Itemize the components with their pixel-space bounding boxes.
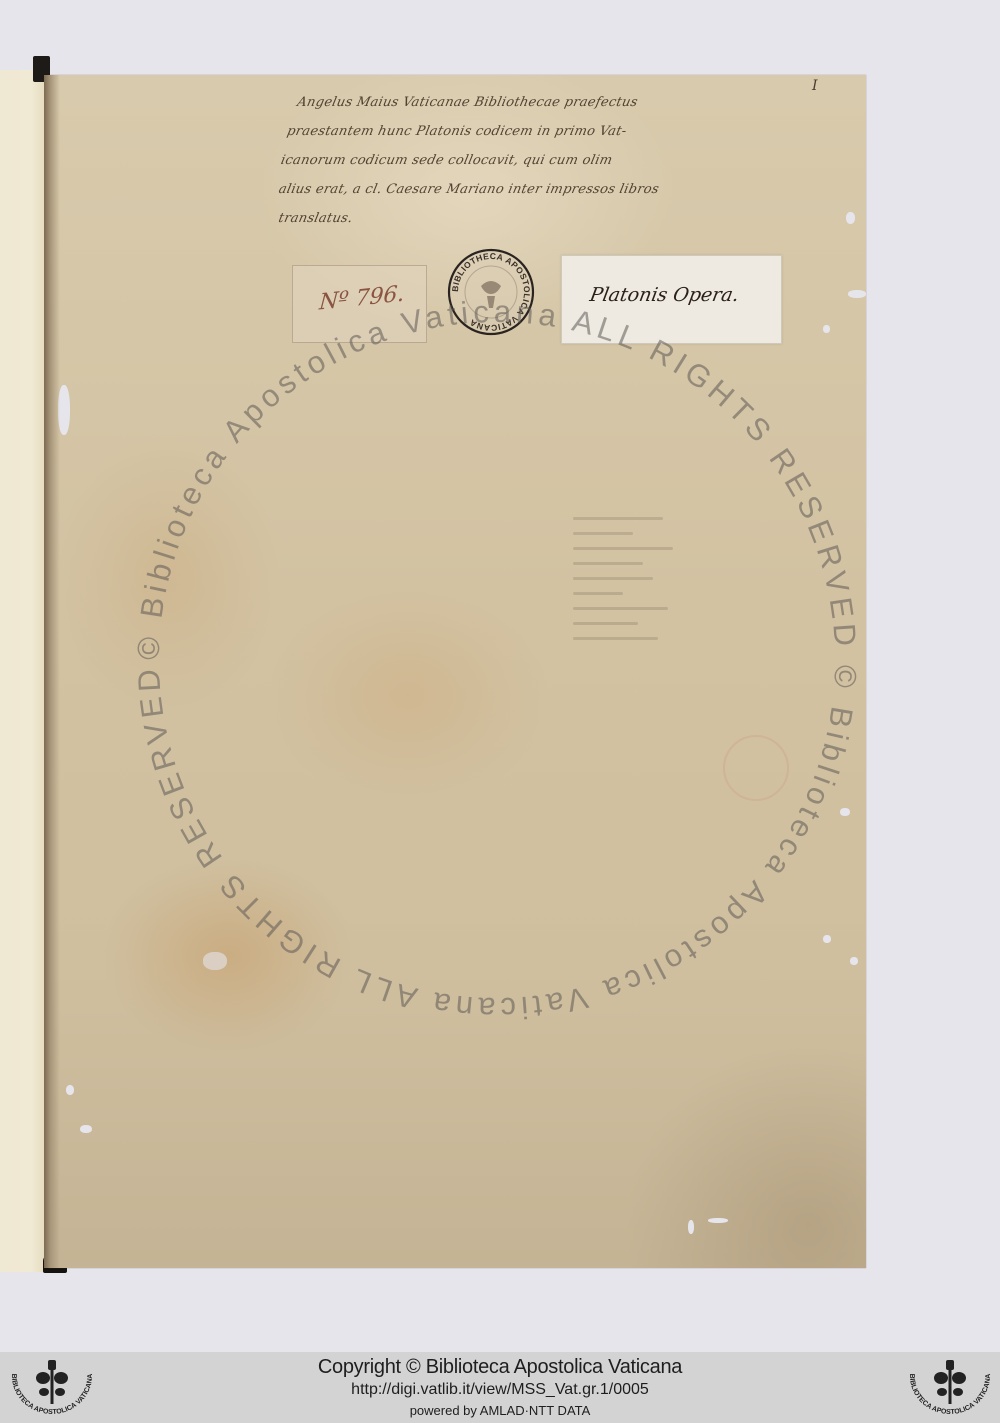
- note-line: translatus.: [276, 204, 716, 233]
- handwritten-note: Angelus Maius Vaticanae Bibliothecae pra…: [270, 88, 741, 233]
- footer: Copyright © Biblioteca Apostolica Vatica…: [0, 1352, 1000, 1423]
- page-hole: [708, 1218, 728, 1223]
- powered-by-text: powered by AMLAD·NTT DATA: [0, 1403, 1000, 1418]
- shelfmark-text: Nº 796.: [318, 281, 405, 315]
- page-hole: [848, 290, 866, 298]
- vatican-library-logo-icon: BIBLIOTECA APOSTOLICA VATICANA: [2, 1354, 102, 1420]
- vatican-library-logo-icon: BIBLIOTECA APOSTOLICA VATICANA: [900, 1354, 1000, 1420]
- faint-red-stamp: [723, 735, 789, 801]
- flyleaf: [0, 70, 45, 1272]
- note-line: Angelus Maius Vaticanae Bibliothecae pra…: [294, 88, 740, 117]
- title-label: Platonis Opera.: [561, 255, 782, 344]
- permalink-url[interactable]: http://digi.vatlib.it/view/MSS_Vat.gr.1/…: [0, 1381, 1000, 1399]
- title-label-text: Platonis Opera.: [588, 284, 741, 306]
- page-hole: [850, 957, 858, 965]
- note-line: alius erat, a cl. Caesare Mariano inter …: [276, 175, 722, 204]
- shelfmark-label: Nº 796.: [292, 265, 427, 343]
- page-hole: [688, 1220, 694, 1234]
- folio-number: I: [812, 78, 818, 94]
- page-hole: [846, 212, 855, 224]
- page-hole: [203, 952, 227, 970]
- library-stamp-icon: BIBLIOTHECA APOSTOLICA VATICANA: [447, 248, 535, 336]
- bleed-through-text: [573, 505, 683, 685]
- page-hole: [823, 935, 831, 943]
- page-hole: [80, 1125, 92, 1133]
- page-hole: [840, 808, 850, 816]
- page-hole: [66, 1085, 74, 1095]
- note-line: praestantem hunc Platonis codicem in pri…: [284, 117, 734, 146]
- page-hole: [823, 325, 830, 333]
- gutter-shadow: [44, 75, 60, 1268]
- copyright-text: Copyright © Biblioteca Apostolica Vatica…: [0, 1356, 1000, 1379]
- image-viewer: I Angelus Maius Vaticanae Bibliothecae p…: [0, 0, 1000, 1352]
- note-line: icanorum codicum sede collocavit, qui cu…: [278, 146, 728, 175]
